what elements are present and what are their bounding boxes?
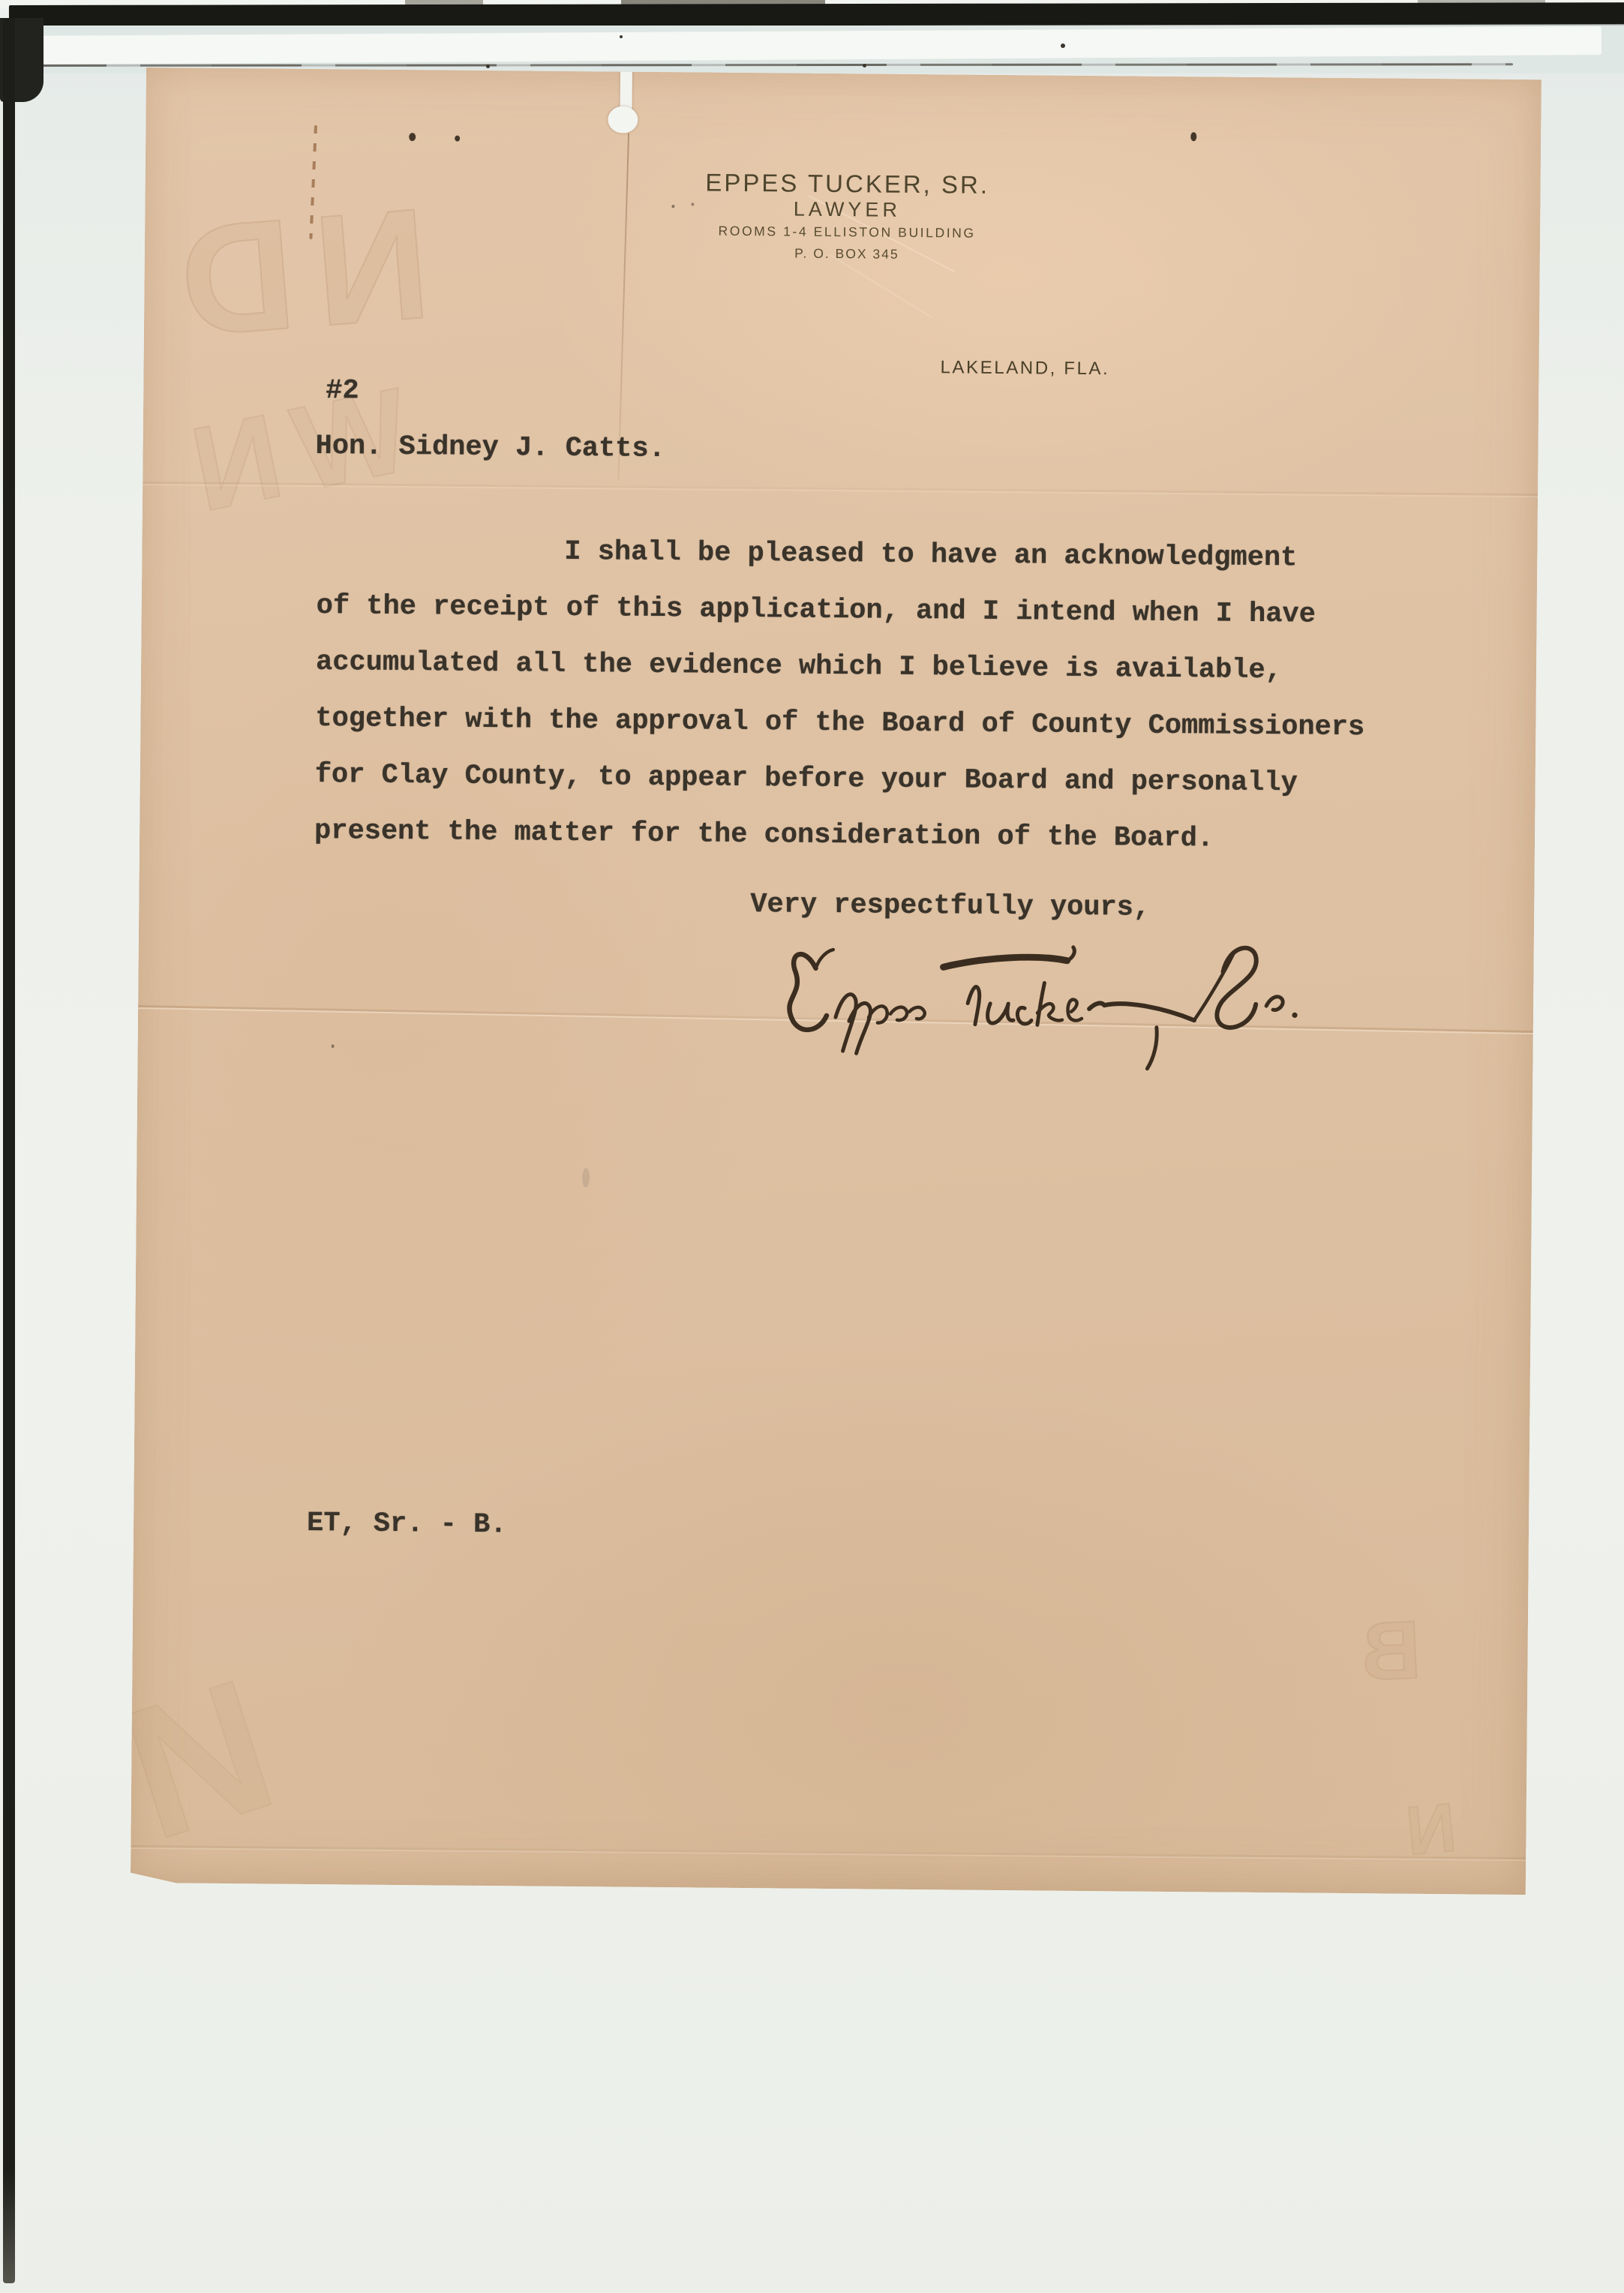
body-line: present the matter for the consideration… [314,803,1364,869]
ghost-lettering: N [107,1649,292,1869]
body-line: together with the approval of the Board … [315,691,1364,756]
body-line: of the receipt of this application, and … [316,578,1365,644]
tear-hole [608,106,638,133]
letter-page: ND WN N B N EPPES TUCKER, SR. LAWYER ROO… [131,68,1541,1895]
body-line: for Clay County, to appear before your B… [314,747,1364,812]
dust-speck [620,35,623,38]
ink-smudge [582,1168,590,1187]
ink-speck [455,136,460,142]
ink-speck [332,1044,335,1048]
scan-background: ND WN N B N EPPES TUCKER, SR. LAWYER ROO… [0,0,1624,2293]
scanner-top-band [9,2,1624,27]
reference-initials: ET, Sr. - B. [307,1508,507,1541]
scanner-left-edge [3,18,15,2283]
fold-crease [131,1845,1526,1859]
letter-body: I shall be pleased to have an acknowledg… [314,522,1367,869]
ink-speck [409,133,416,141]
letterhead-city: LAKELAND, FLA. [940,357,1109,380]
salutation: Hon. Sidney J. Catts. [315,431,665,465]
body-line: accumulated all the evidence which I bel… [316,635,1365,700]
body-line: I shall be pleased to have an acknowledg… [317,522,1366,587]
scratch-mark [830,254,932,318]
ink-speck [1190,132,1196,141]
page-number: #2 [326,375,359,407]
ghost-lettering: N [1403,1793,1459,1866]
dust-speck [1061,44,1065,48]
dust-speck [863,64,866,68]
dust-speck [486,65,490,68]
ghost-lettering: B [1359,1609,1422,1694]
signature [773,926,1315,1103]
closing-line: Very respectfully yours, [750,889,1150,924]
